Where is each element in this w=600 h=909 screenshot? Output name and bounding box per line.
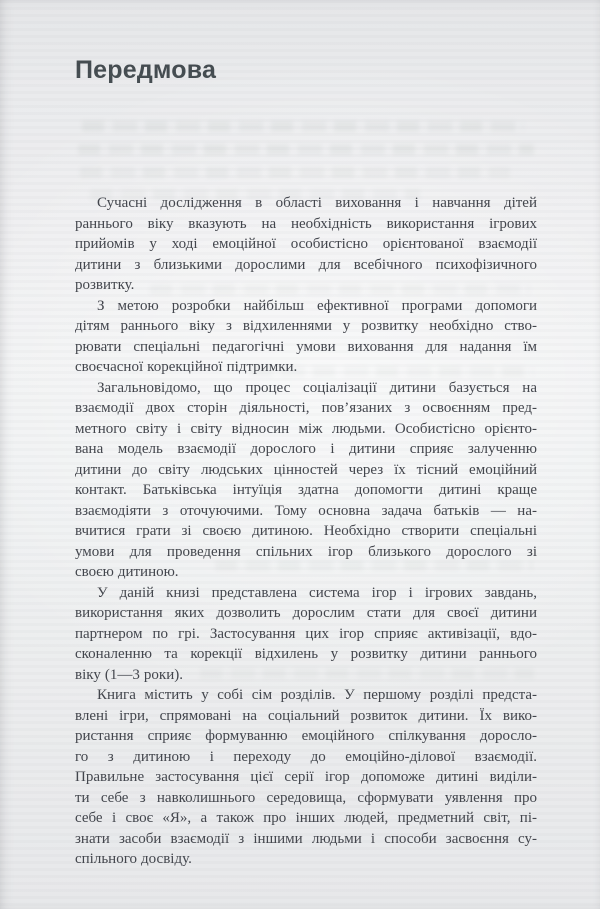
text-line: взаємодіяти з оточуючими. Тому основна з… [75, 501, 537, 522]
text-line: себе і своє «Я», а також про інших людей… [75, 808, 537, 829]
text-line: партнером по грі. Застосування цих ігор … [75, 624, 537, 645]
text-line: дитини до світу людських цінностей через… [75, 460, 537, 481]
text-line: сконаленню та корекції відхилень у розви… [75, 644, 537, 665]
text-line: З метою розробки найбільш ефективної про… [75, 296, 537, 317]
text-line: У даній книзі представлена система ігор … [75, 583, 537, 604]
paragraph: У даній книзі представлена система ігор … [75, 583, 537, 686]
text-line: вчитися грати зі своєю дитиною. Необхідн… [75, 521, 537, 542]
text-line: розвитку. [75, 275, 537, 296]
text-line: прийомів у ході емоційної особистісно ор… [75, 234, 537, 255]
text-line: рювати спеціальні педагогічні умови вихо… [75, 337, 537, 358]
book-page: Передмова Сучасні дослідження в області … [0, 0, 600, 909]
paragraph: Загальновідомо, що процес соціалізації д… [75, 378, 537, 583]
text-line: ти себе з навколишнього середовища, сфор… [75, 788, 537, 809]
text-line: дітям раннього віку з відхиленнями у роз… [75, 316, 537, 337]
page-title: Передмова [75, 54, 216, 86]
text-line: контакт. Батьківська інтуїція здатна доп… [75, 480, 537, 501]
text-line: влені ігри, спрямовані на соціальний роз… [75, 706, 537, 727]
text-line: використання яких дозволить дорослим ста… [75, 603, 537, 624]
text-line: взаємодії двох сторін діяльності, пов’яз… [75, 398, 537, 419]
text-line: своєчасної корекційної підтримки. [75, 357, 537, 378]
text-line: Книга містить у собі сім розділів. У пер… [75, 685, 537, 706]
text-line: вана модель взаємодії дорослого і дитини… [75, 439, 537, 460]
text-line: Правильне застосування цієї серії ігор д… [75, 767, 537, 788]
text-line: віку (1—3 роки). [75, 665, 537, 686]
paragraph: Сучасні дослідження в області виховання … [75, 193, 537, 296]
text-line: го з дитиною і переходу до емоційно-діло… [75, 747, 537, 768]
text-line: знати засоби взаємодії з іншими людьми і… [75, 829, 537, 850]
text-line: дитини з близькими дорослими для всебічн… [75, 255, 537, 276]
text-line: раннього віку вказують на необхідність в… [75, 214, 537, 235]
text-line: Загальновідомо, що процес соціалізації д… [75, 378, 537, 399]
paragraph: З метою розробки найбільш ефективної про… [75, 296, 537, 378]
text-line: своєю дитиною. [75, 562, 537, 583]
text-line: умови для проведення спільних ігор близь… [75, 542, 537, 563]
bleedthrough-ghost [82, 121, 524, 132]
paragraph: Книга містить у собі сім розділів. У пер… [75, 685, 537, 870]
text-line: спільного досвіду. [75, 849, 537, 870]
text-line: Сучасні дослідження в області виховання … [75, 193, 537, 214]
bleedthrough-ghost [80, 167, 510, 178]
bleedthrough-ghost [78, 144, 534, 155]
text-line: ристання сприяє формуванню емоційного сп… [75, 726, 537, 747]
text-line: метного світу і світу відносин між людьм… [75, 419, 537, 440]
preface-text: Сучасні дослідження в області виховання … [75, 193, 537, 870]
